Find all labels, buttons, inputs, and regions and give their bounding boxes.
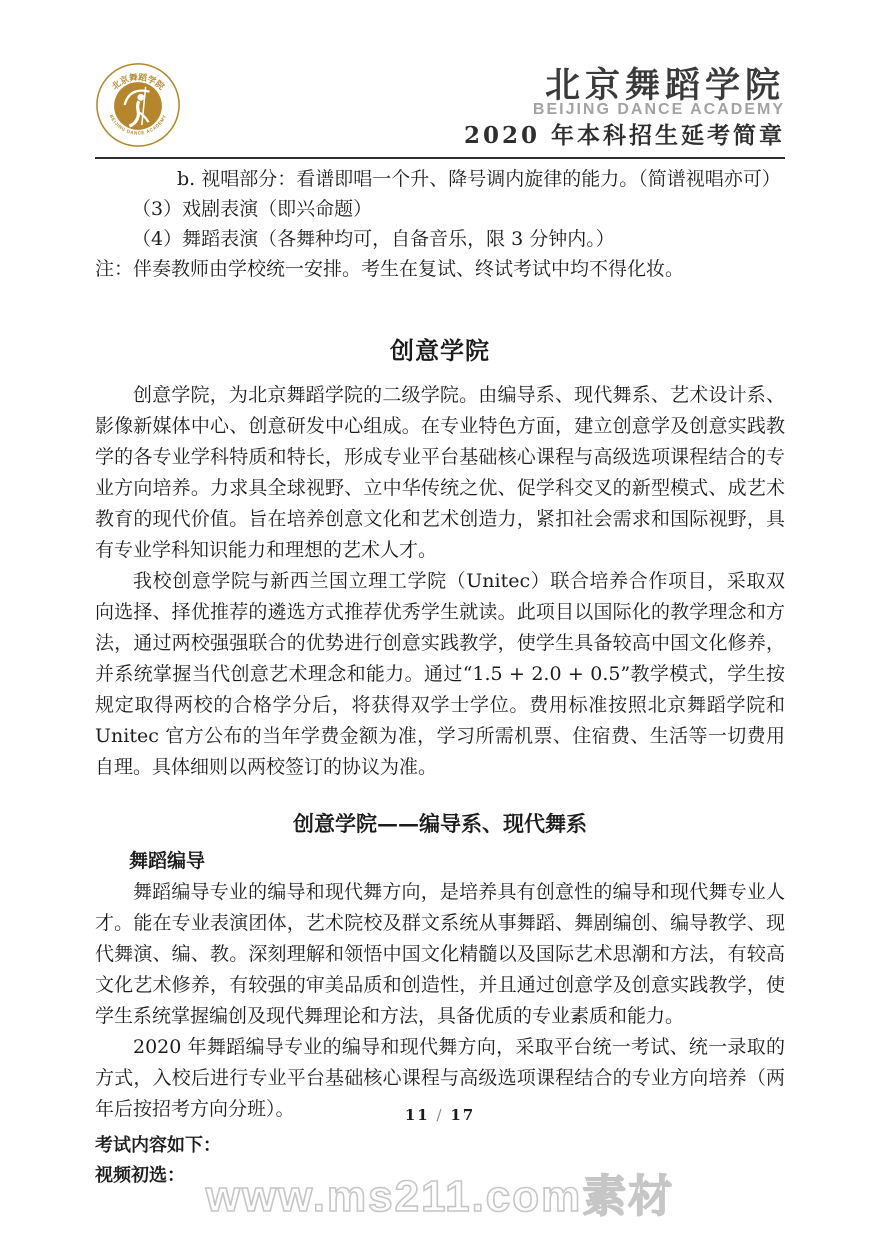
note-line: 注：伴奏教师由学校统一安排。考生在复试、终试考试中均不得化妆。 <box>95 254 785 284</box>
subsection-title: 创意学院——编导系、现代舞系 <box>95 809 785 839</box>
paragraph: 我校创意学院与新西兰国立理工学院（Unitec）联合培养合作项目，采取双向选择、… <box>95 566 785 783</box>
document-page: 北京舞蹈学院 BEIJING DANCE ACADEMY 北京舞蹈学院 BEIJ… <box>0 0 880 1244</box>
paragraph: 舞蹈编导专业的编导和现代舞方向，是培养具有创意性的编导和现代舞专业人才。能在专业… <box>95 877 785 1032</box>
watermark: www.ms211.com素材 <box>0 1160 880 1224</box>
page-total: 17 <box>450 1106 475 1124</box>
page-header: 北京舞蹈学院 BEIJING DANCE ACADEMY 北京舞蹈学院 BEIJ… <box>95 60 785 156</box>
list-item: （3）戏剧表演（即兴命题） <box>95 194 785 224</box>
school-seal-icon: 北京舞蹈学院 BEIJING DANCE ACADEMY <box>95 62 181 148</box>
paragraph: 创意学院，为北京舞蹈学院的二级学院。由编导系、现代舞系、艺术设计系、影像新媒体中… <box>95 380 785 566</box>
list-item: （4）舞蹈表演（各舞种均可，自备音乐，限 3 分钟内。） <box>95 224 785 254</box>
page-current: 11 <box>405 1106 430 1124</box>
list-item: b. 视唱部分：看谱即唱一个升、降号调内旋律的能力。（简谱视唱亦可） <box>95 164 785 194</box>
page-number: 11 / 17 <box>0 1106 880 1124</box>
header-title-block: 北京舞蹈学院 BEIJING DANCE ACADEMY 2020 年本科招生延… <box>464 68 785 150</box>
school-name-cn: 北京舞蹈学院 <box>464 68 785 104</box>
school-name-en: BEIJING DANCE ACADEMY <box>464 102 785 118</box>
section-title: 创意学院 <box>95 336 785 366</box>
exam-content-heading: 考试内容如下： <box>95 1131 785 1161</box>
document-body: b. 视唱部分：看谱即唱一个升、降号调内旋律的能力。（简谱视唱亦可） （3）戏剧… <box>95 164 785 1191</box>
page-separator: / <box>436 1106 443 1124</box>
major-heading: 舞蹈编导 <box>95 845 785 877</box>
document-title: 2020 年本科招生延考简章 <box>464 122 785 150</box>
header-divider <box>95 157 785 159</box>
